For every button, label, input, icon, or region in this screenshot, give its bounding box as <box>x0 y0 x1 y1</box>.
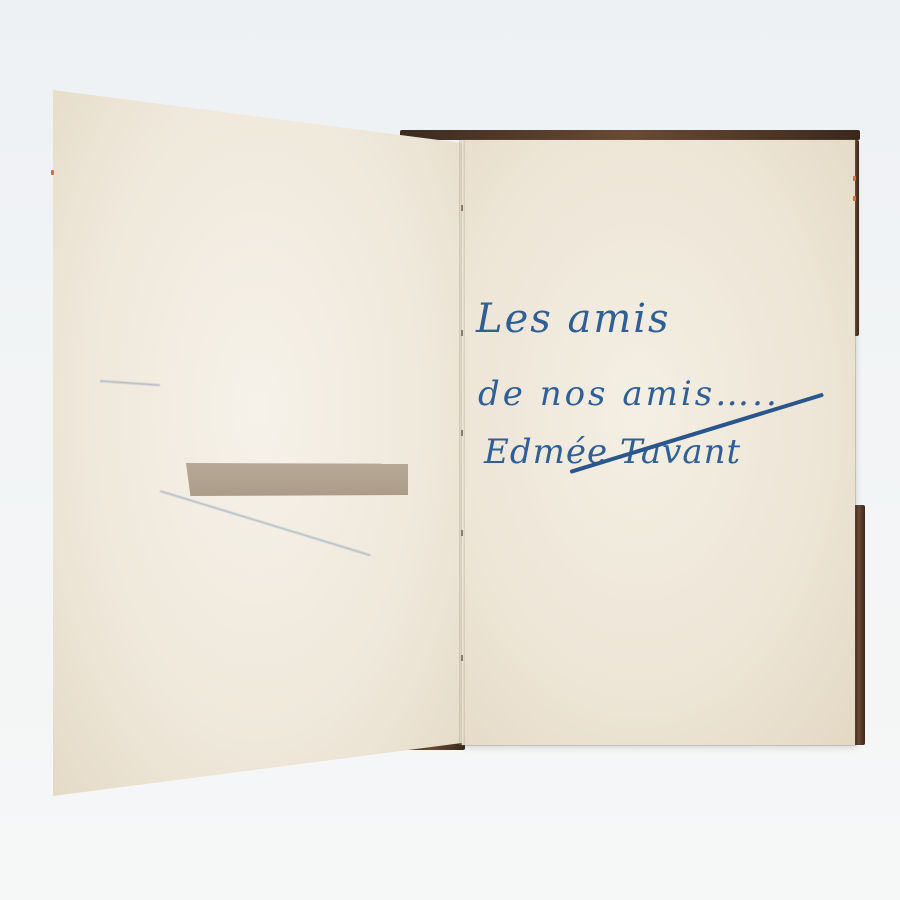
inscription-line-1: Les amis <box>476 296 671 342</box>
pasted-paper-strip: pasted paper strip <box>186 463 408 496</box>
photo-scene: pasted paper strip Les amis de nos amis…… <box>0 0 900 900</box>
binding-stitch <box>461 655 463 661</box>
left-page <box>53 90 462 796</box>
binding-stitch <box>461 530 463 536</box>
page-edge-red-mark <box>51 170 54 175</box>
page-edge-red-mark <box>853 196 856 201</box>
inscription-signature: Edmée Tavant <box>484 432 741 472</box>
book-cover-top-edge <box>400 130 860 140</box>
binding-stitch <box>461 330 463 336</box>
inscription-line-2: de nos amis….. <box>478 374 780 414</box>
binding-stitch <box>461 205 463 211</box>
handwritten-inscription: Les amis de nos amis….. Edmée Tavant <box>470 270 860 570</box>
binding-stitch <box>461 430 463 436</box>
page-edge-red-mark <box>853 176 856 181</box>
